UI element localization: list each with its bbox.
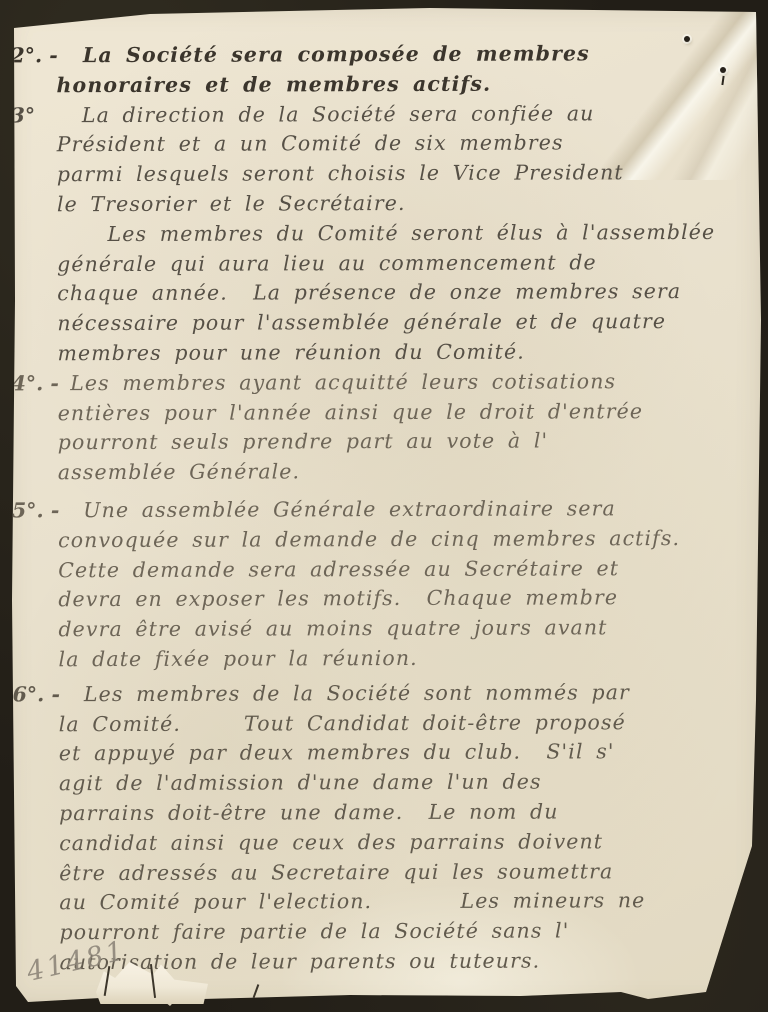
article: 6°. - Les membres de la Société sont nom…: [59, 678, 758, 978]
article-number: 2°. -: [10, 41, 56, 71]
line-text: Cette demande sera adressée au Secrétair…: [58, 556, 619, 582]
line-text: nécessaire pour l'assemblée générale et …: [57, 309, 666, 335]
line-text: La Société sera composée de membres: [56, 41, 589, 67]
text-line: Cette demande sera adressée au Secrétair…: [58, 553, 756, 585]
text-line: pourront seuls prendre part au vote à l': [58, 426, 756, 458]
text-line: 6°. - Les membres de la Société sont nom…: [59, 678, 757, 710]
text-line: entières pour l'année ainsi que le droit…: [58, 396, 756, 428]
line-text: être adressés au Secretaire qui les soum…: [59, 859, 613, 885]
text-line: parmi lesquels seront choisis le Vice Pr…: [57, 158, 755, 190]
line-text: le Tresorier et le Secrétaire.: [57, 191, 406, 216]
line-text: au Comité pour l'election. Les mineurs n…: [59, 888, 645, 914]
line-text: assemblée Générale.: [58, 460, 300, 485]
pin-hole: [684, 36, 690, 42]
text-line: devra en exposer les motifs. Chaque memb…: [58, 583, 756, 615]
line-text: membres pour une réunion du Comité.: [57, 340, 524, 366]
manuscript-text: 2°. - La Société sera composée de membre…: [56, 39, 757, 978]
text-line: assemblée Générale.: [58, 456, 756, 488]
article-number: 4°. -: [12, 369, 58, 399]
text-line: 4°. - Les membres ayant acquitté leurs c…: [58, 367, 756, 399]
line-text: Les membres du Comité seront élus à l'as…: [57, 220, 715, 246]
text-line: générale qui aura lieu au commencement d…: [57, 247, 755, 279]
text-line: 5°. - Une assemblée Générale extraordina…: [58, 494, 756, 526]
line-text: devra en exposer les motifs. Chaque memb…: [58, 586, 618, 612]
line-text: agit de l'admission d'une dame l'un des: [59, 770, 542, 796]
text-line: au Comité pour l'election. Les mineurs n…: [59, 886, 757, 918]
text-line: la Comité. Tout Candidat doit-être propo…: [59, 707, 757, 739]
line-text: générale qui aura lieu au commencement d…: [57, 250, 597, 276]
line-text: convoquée sur la demande de cinq membres…: [58, 526, 680, 552]
paper-sheet: 2°. - La Société sera composée de membre…: [0, 0, 768, 1012]
text-line: Président et a un Comité de six membres: [57, 128, 755, 160]
line-text: candidat ainsi que ceux des parrains doi…: [59, 829, 603, 855]
text-line: la date fixée pour la réunion.: [58, 643, 756, 675]
line-text: Les membres de la Société sont nommés pa…: [59, 680, 630, 706]
text-line: devra être avisé au moins quatre jours a…: [58, 613, 756, 645]
line-text: la date fixée pour la réunion.: [58, 646, 417, 671]
line-text: Une assemblée Générale extraordinaire se…: [58, 496, 616, 522]
text-line: nécessaire pour l'assemblée générale et …: [57, 307, 755, 339]
line-text: Président et a un Comité de six membres: [57, 131, 564, 157]
text-line: chaque année. La présence de onze membre…: [57, 277, 755, 309]
line-text: honoraires et de membres actifs.: [56, 72, 491, 98]
line-text: pourront seuls prendre part au vote à l': [58, 429, 549, 455]
text-line: honoraires et de membres actifs.: [56, 69, 754, 101]
text-line: et appuyé par deux membres du club. S'il…: [59, 737, 757, 769]
line-text: la Comité. Tout Candidat doit-être propo…: [59, 710, 626, 736]
article-number: 5°. -: [12, 496, 58, 526]
article: 4°. - Les membres ayant acquitté leurs c…: [58, 367, 756, 489]
line-text: La direction de la Société sera confiée …: [57, 101, 595, 127]
text-line: membres pour une réunion du Comité.: [57, 337, 755, 369]
line-text: chaque année. La présence de onze membre…: [57, 279, 681, 305]
article-number: 6°. -: [13, 680, 59, 710]
article-number: 3°: [11, 101, 57, 131]
line-text: parmi lesquels seront choisis le Vice Pr…: [57, 160, 624, 186]
text-line: être adressés au Secretaire qui les soum…: [59, 856, 757, 888]
line-text: parrains doit-être une dame. Le nom du: [59, 799, 559, 825]
text-line: convoquée sur la demande de cinq membres…: [58, 524, 756, 556]
photo-background: 2°. - La Société sera composée de membre…: [0, 0, 768, 1012]
pin-hole: [720, 67, 726, 73]
text-line: 3° La direction de la Société sera confi…: [57, 98, 755, 130]
line-text: Les membres ayant acquitté leurs cotisat…: [58, 369, 617, 395]
text-line: pourront faire partie de la Société sans…: [59, 916, 757, 948]
line-text: et appuyé par deux membres du club. S'il…: [59, 740, 615, 766]
text-line: 2°. - La Société sera composée de membre…: [56, 39, 754, 71]
text-line: candidat ainsi que ceux des parrains doi…: [59, 826, 757, 858]
text-line: Les membres du Comité seront élus à l'as…: [57, 218, 755, 250]
article: 3° La direction de la Société sera confi…: [57, 98, 756, 369]
text-line: parrains doit-être une dame. Le nom du: [59, 797, 757, 829]
article: 2°. - La Société sera composée de membre…: [56, 39, 754, 101]
text-line: le Tresorier et le Secrétaire.: [57, 188, 755, 220]
line-text: pourront faire partie de la Société sans…: [59, 919, 569, 945]
article: 5°. - Une assemblée Générale extraordina…: [58, 494, 757, 675]
text-line: agit de l'admission d'une dame l'un des: [59, 767, 757, 799]
line-text: devra être avisé au moins quatre jours a…: [58, 615, 607, 641]
line-text: entières pour l'année ainsi que le droit…: [58, 399, 644, 425]
